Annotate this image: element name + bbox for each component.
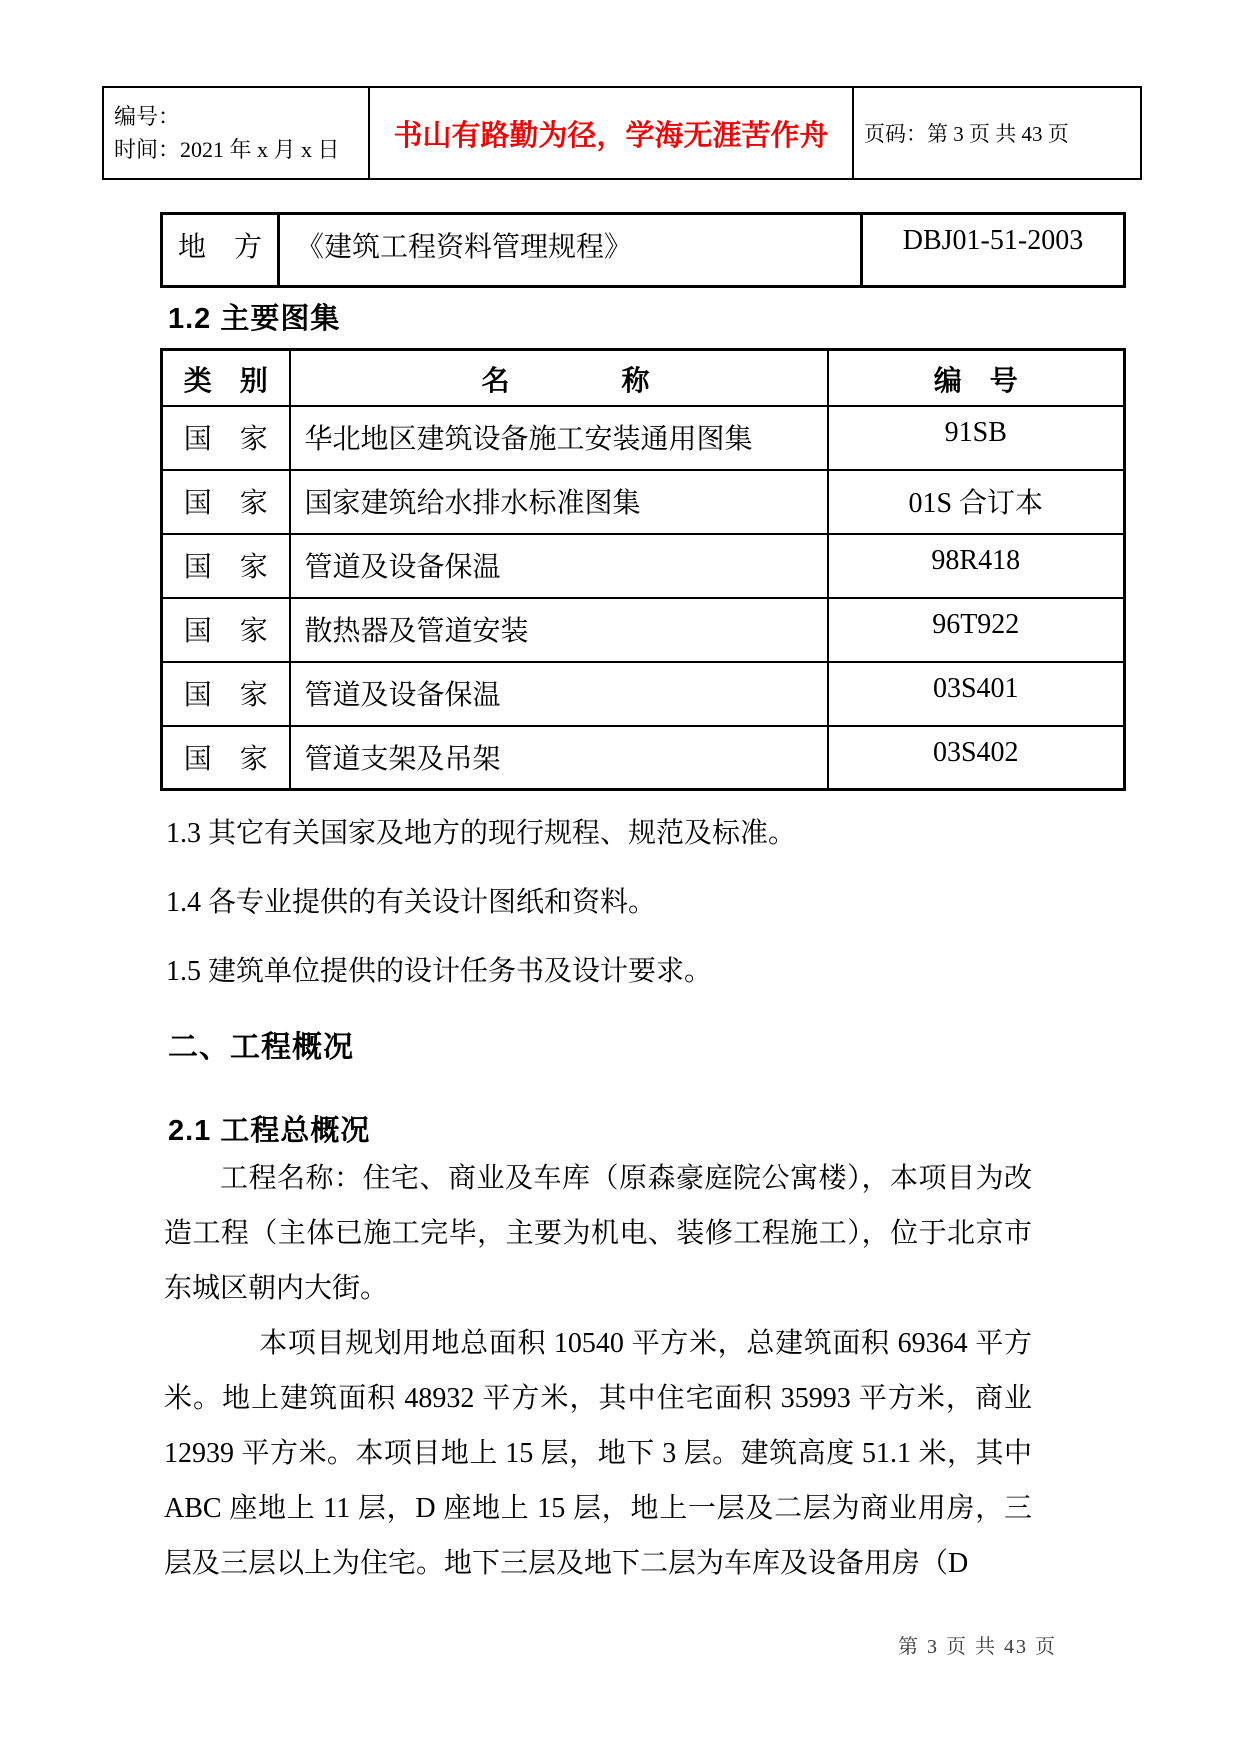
table-row: 国 家 管道及设备保温 98R418 [162, 534, 1125, 598]
header-time-label: 时间：2021 年 x 月 x 日 [114, 133, 358, 166]
page-header-table: 编号： 时间：2021 年 x 月 x 日 书山有路勤为径，学海无涯苦作舟 页码… [102, 86, 1142, 180]
atlas-cell-name: 管道及设备保温 [290, 534, 828, 598]
list-item: 1.3 其它有关国家及地方的现行规程、规范及标准。 [166, 806, 1046, 848]
atlas-header-name: 名 称 [290, 350, 828, 406]
table-row: 国 家 管道支架及吊架 03S402 [162, 726, 1125, 790]
document-page: 编号： 时间：2021 年 x 月 x 日 书山有路勤为径，学海无涯苦作舟 页码… [0, 0, 1241, 1754]
atlas-cell-category: 国 家 [162, 726, 290, 790]
atlas-cell-name: 国家建筑给水排水标准图集 [290, 470, 828, 534]
header-page-info: 页码：第 3 页 共 43 页 [853, 87, 1141, 179]
section-1-2-title: 1.2 主要图集 [168, 296, 340, 337]
atlas-cell-category: 国 家 [162, 470, 290, 534]
table-row: 国 家 管道及设备保温 03S401 [162, 662, 1125, 726]
ref-name: 《建筑工程资料管理规程》 [279, 214, 862, 287]
atlas-cell-name: 华北地区建筑设备施工安装通用图集 [290, 406, 828, 470]
list-item: 1.5 建筑单位提供的设计任务书及设计要求。 [166, 944, 1046, 986]
ref-code: DBJ01-51-2003 [862, 214, 1125, 287]
section-2-1-title: 2.1 工程总概况 [168, 1108, 370, 1149]
atlas-header-code: 编 号 [828, 350, 1125, 406]
atlas-cell-code: 01S 合订本 [828, 470, 1125, 534]
atlas-cell-category: 国 家 [162, 534, 290, 598]
atlas-cell-category: 国 家 [162, 662, 290, 726]
atlas-table: 类 别 名 称 编 号 国 家 华北地区建筑设备施工安装通用图集 91SB 国 … [160, 348, 1126, 791]
paragraph-project-areas: 本项目规划用地总面积 10540 平方米，总建筑面积 69364 平方米。地上建… [164, 1317, 1032, 1591]
footer-page-info: 第 3 页 共 43 页 [898, 1630, 1057, 1659]
atlas-cell-code: 03S401 [828, 662, 1125, 726]
numbered-items: 1.3 其它有关国家及地方的现行规程、规范及标准。 1.4 各专业提供的有关设计… [166, 806, 1046, 1013]
atlas-cell-name: 管道及设备保温 [290, 662, 828, 726]
atlas-header-category: 类 别 [162, 350, 290, 406]
table-row: 国 家 散热器及管道安装 96T922 [162, 598, 1125, 662]
paragraph-project-name: 工程名称：住宅、商业及车库（原森豪庭院公寓楼），本项目为改造工程（主体已施工完毕… [164, 1152, 1032, 1317]
atlas-cell-name: 散热器及管道安装 [290, 598, 828, 662]
table-row: 国 家 华北地区建筑设备施工安装通用图集 91SB [162, 406, 1125, 470]
atlas-cell-code: 03S402 [828, 726, 1125, 790]
table-row: 国 家 国家建筑给水排水标准图集 01S 合订本 [162, 470, 1125, 534]
reference-standard-table: 地 方 《建筑工程资料管理规程》 DBJ01-51-2003 [160, 212, 1126, 288]
section-2-title: 二、工程概况 [168, 1022, 354, 1066]
atlas-cell-category: 国 家 [162, 598, 290, 662]
atlas-cell-code: 96T922 [828, 598, 1125, 662]
header-meta-cell: 编号： 时间：2021 年 x 月 x 日 [103, 87, 369, 179]
header-motto: 书山有路勤为径，学海无涯苦作舟 [369, 87, 853, 179]
header-number-label: 编号： [114, 100, 358, 133]
ref-category: 地 方 [162, 214, 279, 287]
atlas-cell-name: 管道支架及吊架 [290, 726, 828, 790]
atlas-cell-category: 国 家 [162, 406, 290, 470]
list-item: 1.4 各专业提供的有关设计图纸和资料。 [166, 875, 1046, 917]
atlas-cell-code: 98R418 [828, 534, 1125, 598]
atlas-cell-code: 91SB [828, 406, 1125, 470]
atlas-header-row: 类 别 名 称 编 号 [162, 350, 1125, 406]
table-row: 地 方 《建筑工程资料管理规程》 DBJ01-51-2003 [162, 214, 1125, 287]
